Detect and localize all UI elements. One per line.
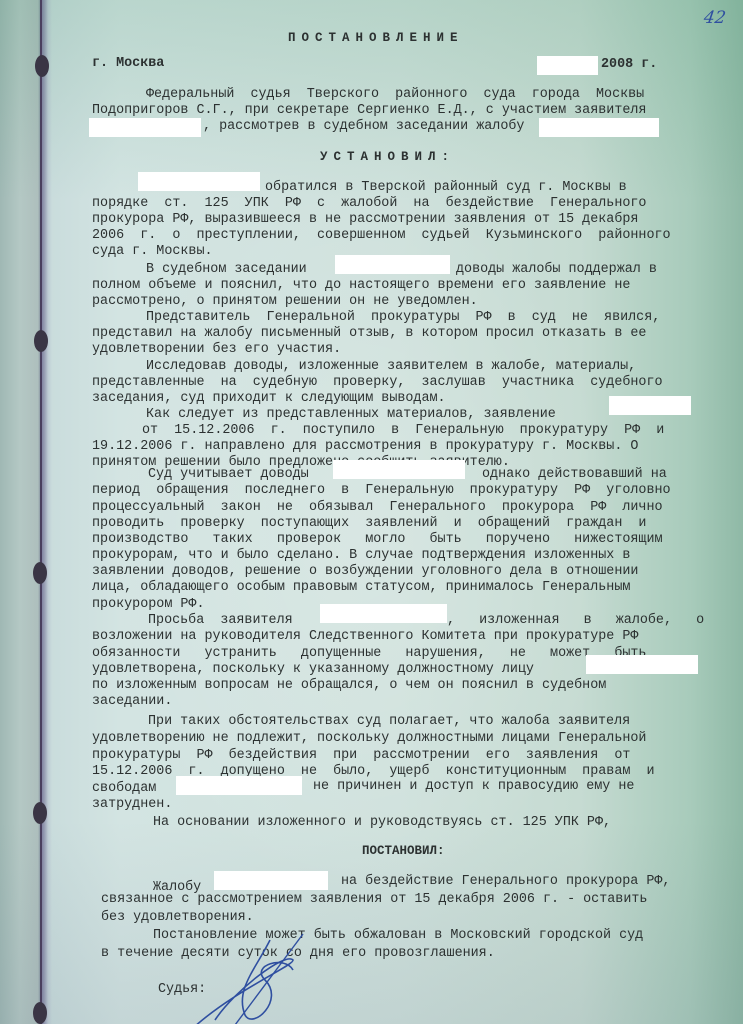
document-title: ПОСТАНОВЛЕНИЕ [288, 31, 464, 45]
paragraph-line: возложении на руководителя Следственного… [92, 629, 638, 645]
paragraph-line: порядке ст. 125 УПК РФ с жалобой на безд… [92, 196, 646, 212]
paragraph-line: В судебном заседании [146, 262, 307, 278]
page-number: 42 [703, 8, 727, 28]
intro-line: , рассмотрев в судебном заседании жалобу [203, 119, 524, 135]
redacted-name [214, 871, 328, 890]
binding-hole [33, 1002, 47, 1024]
paragraph-line: прокуратуры РФ бездействия при рассмотре… [92, 748, 630, 764]
binding-hole [33, 802, 47, 824]
paragraph-line: 19.12.2006 г. направлено для рассмотрени… [92, 439, 638, 455]
paragraph-line: доводы жалобы поддержал в [456, 262, 657, 278]
paragraph-line: прокурором РФ. [92, 597, 205, 613]
paragraph-line: прокурора РФ, выразившееся в не рассмотр… [92, 212, 638, 228]
redacted-date [537, 56, 598, 75]
paragraph-line: На основании изложенного и руководствуяс… [153, 815, 611, 831]
section-resolved: ПОСТАНОВИЛ: [362, 843, 445, 859]
paragraph-line: Исследовав доводы, изложенные заявителем… [146, 359, 636, 375]
paragraph-line: заявлении доводов, решение о возбуждении… [92, 564, 638, 580]
city: г. Москва [92, 56, 164, 72]
paragraph-line: однако действовавший на [482, 467, 667, 483]
paragraph-line: При таких обстоятельствах суд полагает, … [148, 714, 630, 730]
paragraph-line: Представитель Генеральной прокуратуры РФ… [146, 310, 660, 326]
intro-line: Федеральный судья Тверского районного су… [146, 87, 670, 103]
paragraph-line: Суд учитывает доводы [148, 467, 309, 483]
paragraph-line: суда г. Москвы. [92, 244, 213, 260]
paragraph-line: удовлетворена, поскольку к указанному до… [92, 662, 534, 678]
redacted-name [586, 655, 698, 674]
paragraph-line: 2006 г. о преступлении, совершенном судь… [92, 228, 671, 244]
paragraph-line: не причинен и доступ к правосудию ему не [313, 779, 634, 795]
year: 2008 г. [601, 57, 657, 73]
paragraph-line: от 15.12.2006 г. поступило в Генеральную… [142, 423, 664, 439]
paragraph-line: процессуальный закон не обязывал Генерал… [92, 500, 663, 516]
paragraph-line: Как следует из представленных материалов… [146, 407, 556, 423]
paragraph-line: затруднен. [92, 797, 172, 813]
paragraph-line: удовлетворении без его участия. [92, 342, 341, 358]
redacted-name [539, 118, 659, 137]
paragraph-line: свободам [92, 781, 156, 797]
paragraph-line: представленные на судебную проверку, зас… [92, 375, 663, 391]
resolution-line: связанное с рассмотрением заявления от 1… [101, 892, 647, 908]
paragraph-line: прокурорам, что и было сделано. В случае… [92, 548, 630, 564]
paragraph-line: представил на жалобу письменный отзыв, в… [92, 326, 646, 342]
binding-hole [33, 562, 47, 584]
paragraph-line: заседания, суд приходит к следующим выво… [92, 391, 446, 407]
paragraph-line: обратился в Тверской районный суд г. Мос… [265, 180, 627, 196]
intro-line: Подопригоров С.Г., при секретаре Сергиен… [92, 103, 670, 119]
paragraph-line: проводить проверку поступающих заявлений… [92, 516, 646, 532]
redacted-name [335, 255, 450, 274]
binding-hole [35, 55, 49, 77]
paragraph-line: лица, обладающего особым правовым статус… [92, 580, 630, 596]
redacted-name [89, 118, 201, 137]
redacted-name [333, 460, 465, 479]
paragraph-line: полном объеме и пояснил, что до настояще… [92, 278, 630, 294]
redacted-name [609, 396, 691, 415]
paragraph-line: период обращения последнего в Генеральну… [92, 483, 671, 499]
redacted-name [176, 776, 302, 795]
section-established: УСТАНОВИЛ: [320, 150, 455, 164]
redacted-name [138, 172, 260, 191]
paragraph-line: Просьба заявителя [148, 613, 293, 629]
paragraph-line: рассмотрено, о принятом решении он не ув… [92, 294, 478, 310]
paragraph-line: заседании. [92, 694, 172, 710]
paragraph-line: производство таких проверок могло быть п… [92, 532, 663, 548]
binding-shadow [42, 0, 52, 1024]
resolution-line: без удовлетворения. [101, 910, 254, 926]
binding-hole [34, 330, 48, 352]
signature-icon [175, 930, 375, 1024]
redacted-name [320, 604, 447, 623]
paragraph-line: обязанности устранить допущенные нарушен… [92, 646, 646, 662]
resolution-line: на бездействие Генерального прокурора РФ… [341, 874, 670, 890]
paragraph-line: , изложенная в жалобе, о [447, 613, 704, 629]
paragraph-line: по изложенным вопросам не обращался, о ч… [92, 678, 606, 694]
paragraph-line: удовлетворению не подлежит, поскольку до… [92, 731, 646, 747]
